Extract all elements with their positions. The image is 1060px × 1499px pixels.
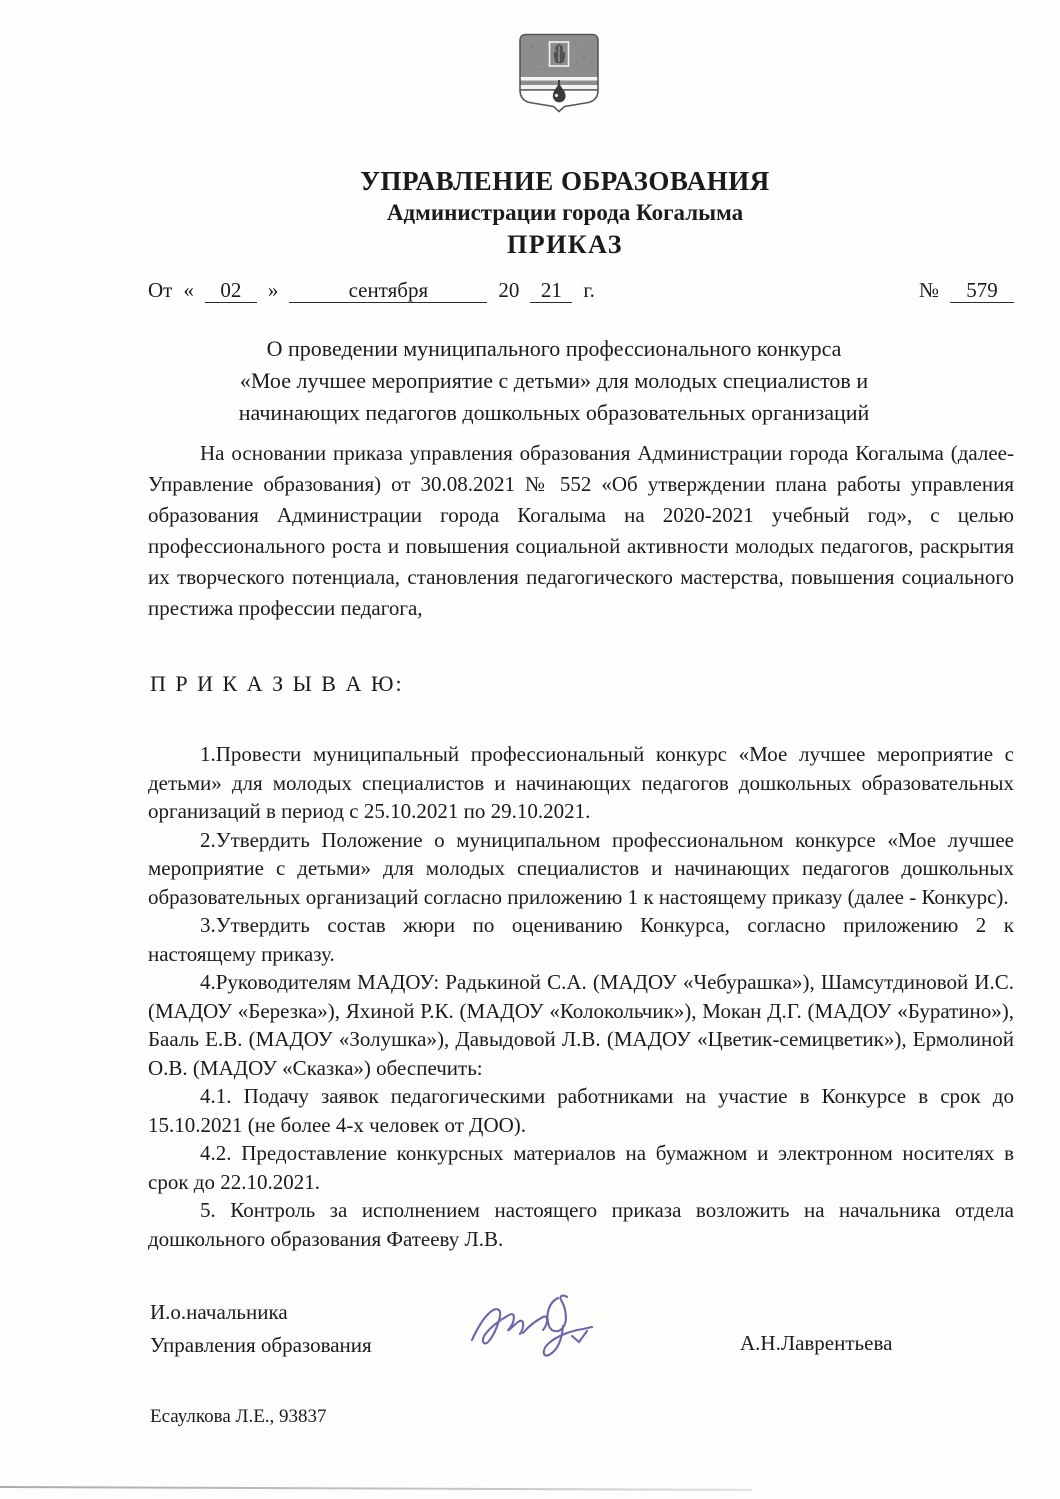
letterhead: УПРАВЛЕНИЕ ОБРАЗОВАНИЯ Администрации гор…	[70, 166, 1060, 260]
order-item-2: 2.Утвердить Положение о муниципальном пр…	[148, 826, 1014, 912]
open-quote: «	[183, 278, 194, 303]
date-month-field: сентября	[289, 278, 487, 303]
order-title: О проведении муниципального профессионал…	[148, 333, 960, 429]
preamble-paragraph: На основании приказа управления образова…	[148, 438, 1014, 624]
order-item-4: 4.Руководителям МАДОУ: Радькиной С.А. (М…	[148, 968, 1014, 1082]
number-group: № 579	[919, 278, 1014, 303]
order-item-5: 5. Контроль за исполнением настоящего пр…	[148, 1196, 1014, 1253]
year-prefix: 20	[498, 278, 519, 303]
order-number-field: 579	[950, 278, 1014, 303]
number-sign: №	[919, 278, 939, 303]
handwritten-signature	[466, 1284, 604, 1366]
org-name: УПРАВЛЕНИЕ ОБРАЗОВАНИЯ	[70, 166, 1060, 197]
year-unit: г.	[583, 278, 595, 303]
order-item-3: 3.Утвердить состав жюри по оцениванию Ко…	[148, 911, 1014, 968]
executor-note: Есаулкова Л.Е., 93837	[150, 1406, 327, 1428]
order-title-line3: начинающих педагогов дошкольных образова…	[148, 397, 960, 429]
scan-artifact-line	[0, 1486, 752, 1491]
kogalym-coat-of-arms-icon	[518, 33, 600, 113]
order-verb: П Р И К А З Ы В А Ю:	[150, 671, 404, 697]
order-title-line2: «Мое лучшее мероприятие с детьми» для мо…	[148, 365, 960, 397]
order-item-4-2: 4.2. Предоставление конкурсных материало…	[148, 1139, 1014, 1196]
date-year-field: 21	[530, 278, 572, 303]
order-title-line1: О проведении муниципального профессионал…	[148, 333, 960, 365]
date-prefix: От	[148, 278, 172, 303]
org-subname: Администрации города Когалыма	[70, 200, 1060, 226]
signer-name: А.Н.Лаврентьева	[740, 1331, 892, 1356]
date-group: От « 02 » сентября 20 21 г.	[148, 278, 595, 303]
date-number-line: От « 02 » сентября 20 21 г. № 579	[148, 278, 1014, 303]
signer-position-line2: Управления образования	[150, 1329, 372, 1362]
order-item-4-1: 4.1. Подачу заявок педагогическими работ…	[148, 1082, 1014, 1139]
order-item-1: 1.Провести муниципальный профессиональны…	[148, 740, 1014, 826]
order-items: 1.Провести муниципальный профессиональны…	[148, 740, 1014, 1253]
doc-type-label: ПРИКАЗ	[70, 230, 1060, 260]
signer-position-line1: И.о.начальника	[150, 1296, 372, 1329]
signer-position: И.о.начальника Управления образования	[150, 1296, 372, 1362]
scanned-order-document: УПРАВЛЕНИЕ ОБРАЗОВАНИЯ Администрации гор…	[0, 0, 1060, 1499]
close-quote: »	[268, 278, 279, 303]
date-day-field: 02	[205, 278, 257, 303]
